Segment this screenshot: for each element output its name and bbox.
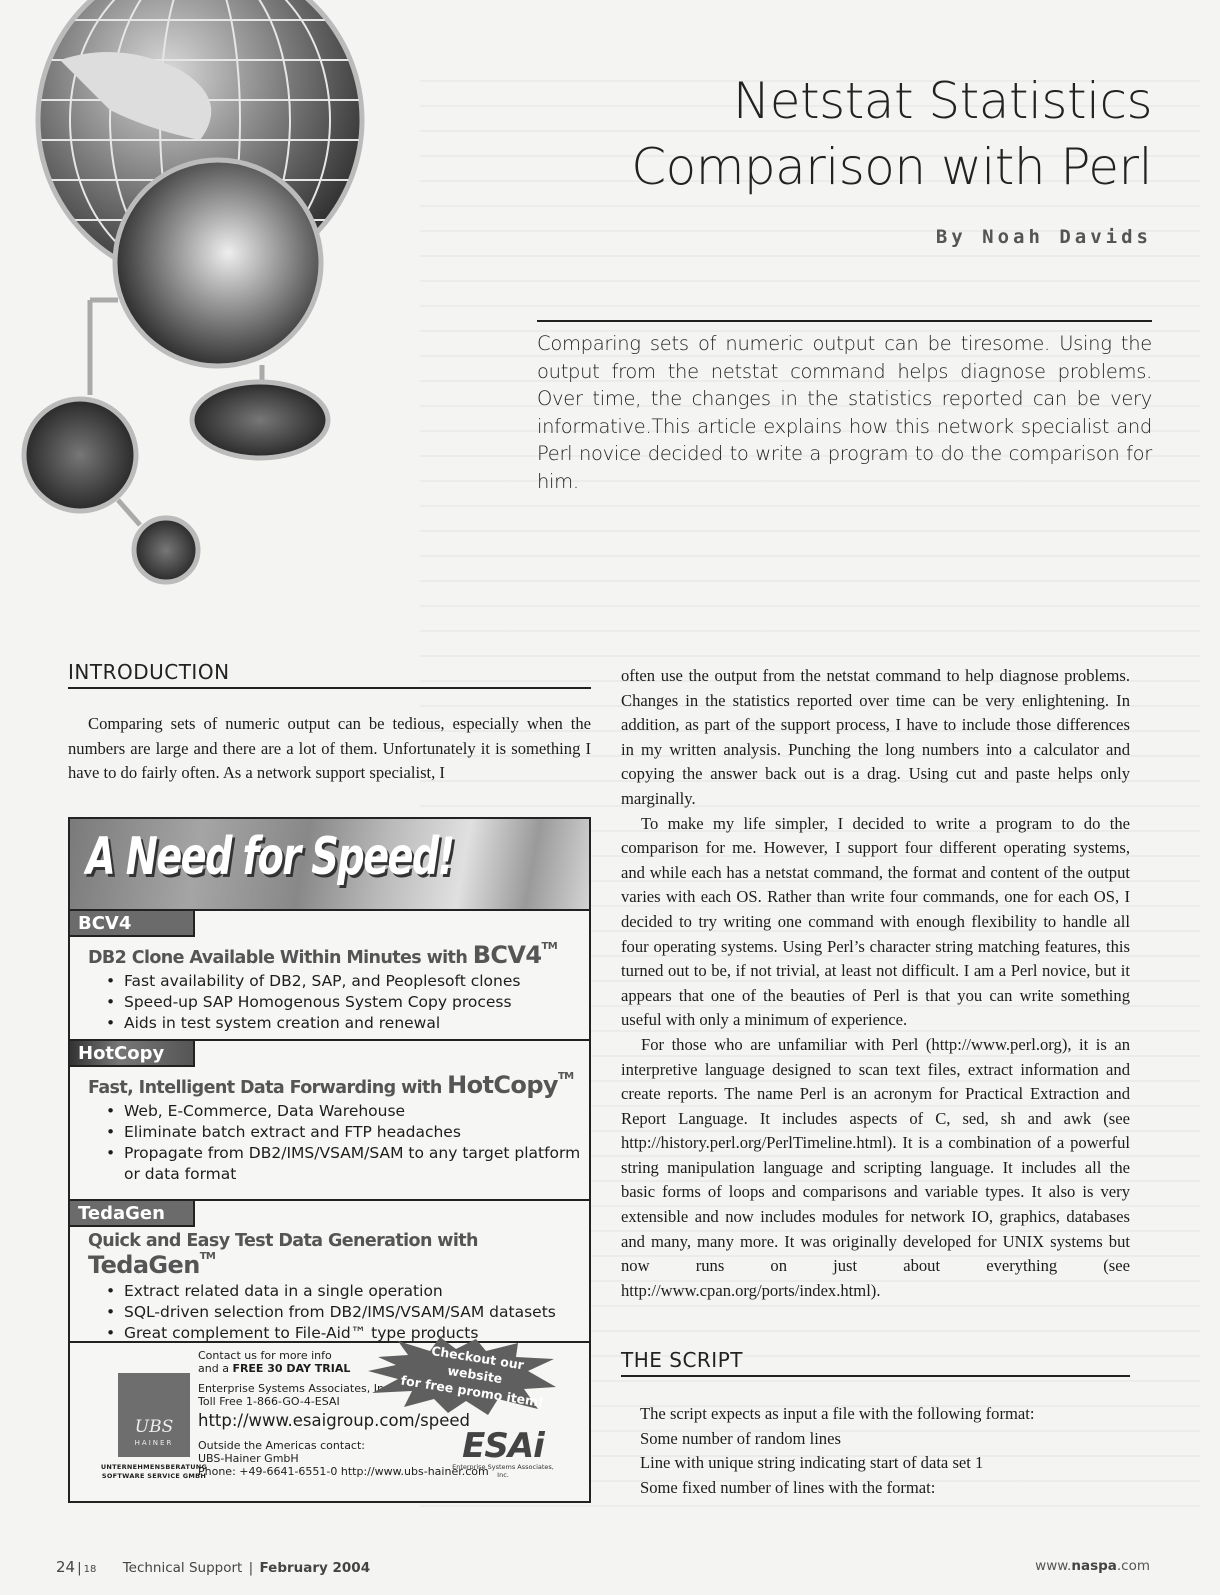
byline: By Noah Davids — [936, 226, 1152, 248]
esai-logo: ESAi Enterprise Systems Associates, Inc. — [448, 1429, 558, 1479]
ad-tag: HotCopy — [70, 1041, 195, 1067]
ad-bullet: Web, E-Commerce, Data Warehouse — [106, 1101, 589, 1122]
globe-lens-illustration — [0, 0, 440, 620]
intro-paragraph-1: Comparing sets of numeric output can be … — [68, 712, 591, 786]
deck-divider — [537, 320, 1152, 322]
ad-bullet: Fast availability of DB2, SAP, and Peopl… — [106, 971, 589, 992]
esai-advertisement: A Need for Speed! BCV4 DB2 Clone Availab… — [68, 817, 591, 1503]
script-line: Some fixed number of lines with the form… — [640, 1476, 1130, 1501]
ad-banner: A Need for Speed! — [70, 819, 589, 911]
script-line: Some number of random lines — [640, 1427, 1130, 1452]
ad-headline: Quick and Easy Test Data Generation with… — [88, 1231, 589, 1279]
intro-paragraph-3: For those who are unfamiliar with Perl (… — [621, 1033, 1130, 1304]
ad-headline: Fast, Intelligent Data Forwarding with H… — [88, 1071, 589, 1099]
script-line: Line with unique string indicating start… — [640, 1451, 1130, 1476]
title-line-1: Netstat Statistics — [631, 68, 1152, 134]
intro-left-column: Comparing sets of numeric output can be … — [68, 712, 591, 786]
ad-section-bcv4: BCV4 DB2 Clone Available Within Minutes … — [70, 911, 589, 1041]
article-deck: Comparing sets of numeric output can be … — [537, 330, 1152, 495]
ad-tag: TedaGen — [70, 1201, 195, 1227]
script-format-list: The script expects as input a file with … — [640, 1402, 1130, 1500]
ad-bullet-list: Extract related data in a single operati… — [106, 1281, 589, 1344]
page-number: 24 — [56, 1558, 75, 1576]
magazine-name: Technical Support — [123, 1560, 243, 1576]
ad-section-hotcopy: HotCopy Fast, Intelligent Data Forwardin… — [70, 1041, 589, 1201]
issue-date: February 2004 — [259, 1560, 370, 1576]
ad-banner-title: A Need for Speed! — [86, 827, 454, 887]
ad-tag: BCV4 — [70, 911, 195, 937]
introduction-heading: INTRODUCTION — [68, 660, 591, 689]
ad-bullet-list: Web, E-Commerce, Data Warehouse Eliminat… — [106, 1101, 589, 1185]
ad-bullet: Propagate from DB2/IMS/VSAM/SAM to any t… — [106, 1143, 589, 1185]
ad-section-tedagen: TedaGen Quick and Easy Test Data Generat… — [70, 1201, 589, 1343]
ad-bullet: Eliminate batch extract and FTP headache… — [106, 1122, 589, 1143]
sub-page-number: 18 — [84, 1564, 97, 1575]
ubs-hainer-logo: UBS HAINER — [118, 1373, 190, 1457]
script-line: The script expects as input a file with … — [640, 1402, 1130, 1427]
ad-bullet: Speed-up SAP Homogenous System Copy proc… — [106, 992, 589, 1013]
title-line-2: Comparison with Perl — [631, 134, 1152, 200]
ad-contact-footer: UBS HAINER UNTERNEHMENSBERATUNG SOFTWARE… — [70, 1343, 589, 1495]
ad-bullet: Extract related data in a single operati… — [106, 1281, 589, 1302]
intro-paragraph-2: To make my life simpler, I decided to wr… — [621, 812, 1130, 1033]
ad-headline: DB2 Clone Available Within Minutes with … — [88, 941, 589, 969]
ad-bullet: SQL-driven selection from DB2/IMS/VSAM/S… — [106, 1302, 589, 1323]
article-title: Netstat Statistics Comparison with Perl — [631, 68, 1152, 200]
ubs-phone-url: Phone: +49-6641-6551-0 http://www.ubs-ha… — [198, 1465, 489, 1478]
ad-bullet-list: Fast availability of DB2, SAP, and Peopl… — [106, 971, 589, 1034]
right-column: often use the output from the netstat co… — [621, 664, 1130, 1303]
page-footer-left: 24|18 Technical Support | February 2004 — [56, 1558, 370, 1576]
website-link[interactable]: www.naspa.com — [1035, 1558, 1150, 1574]
ad-bullet: Aids in test system creation and renewal — [106, 1013, 589, 1034]
script-heading: THE SCRIPT — [621, 1348, 1130, 1377]
intro-paragraph-1-cont: often use the output from the netstat co… — [621, 664, 1130, 812]
